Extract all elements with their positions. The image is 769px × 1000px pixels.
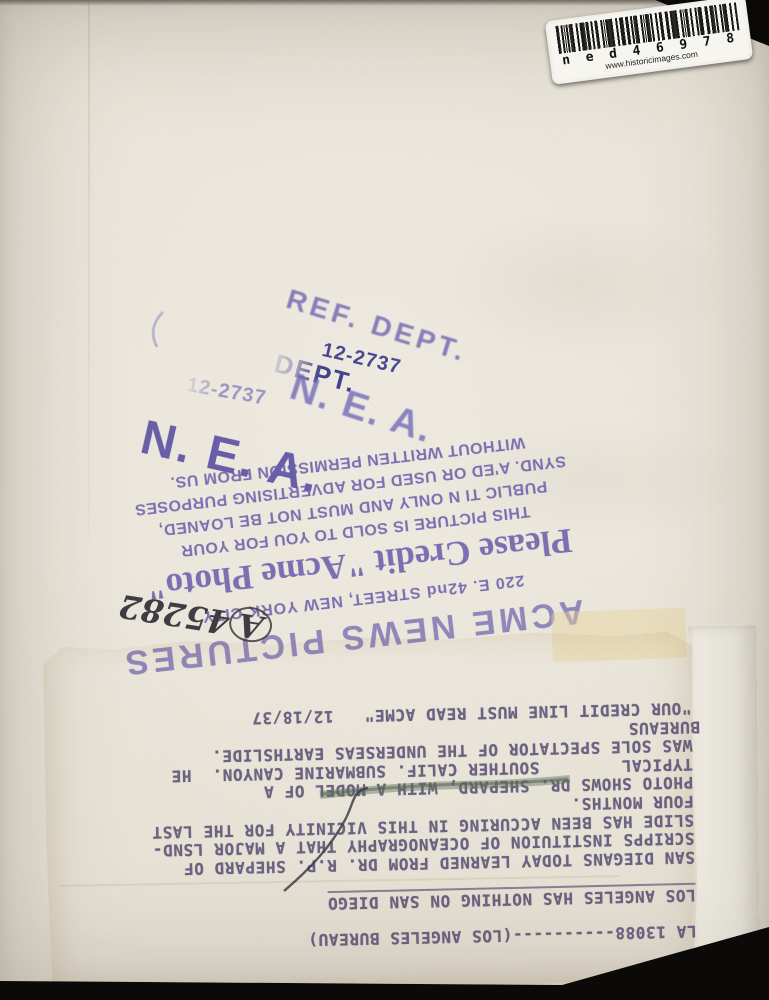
typed-caption: LA 13088----------(LOS ANGELES BUREAU) L… [123,689,721,952]
scanned-photo-back: REF. DEPT. 12-2737 DEPT. 12-2737 N. E. A… [0,0,769,1000]
handwritten-letter: A [227,604,275,645]
photo-paper: REF. DEPT. 12-2737 DEPT. 12-2737 N. E. A… [0,0,769,1000]
vertical-crease [88,0,90,540]
stamp-fragment-mark [153,312,163,347]
nea-stamp-upper: N. E. A. [285,366,439,453]
file-number-stamp-light: 12-2737 [185,374,268,411]
paper-smudge [430,210,730,360]
top-edge-shadow [0,0,769,6]
handwritten-digits: 45282 [116,587,232,642]
